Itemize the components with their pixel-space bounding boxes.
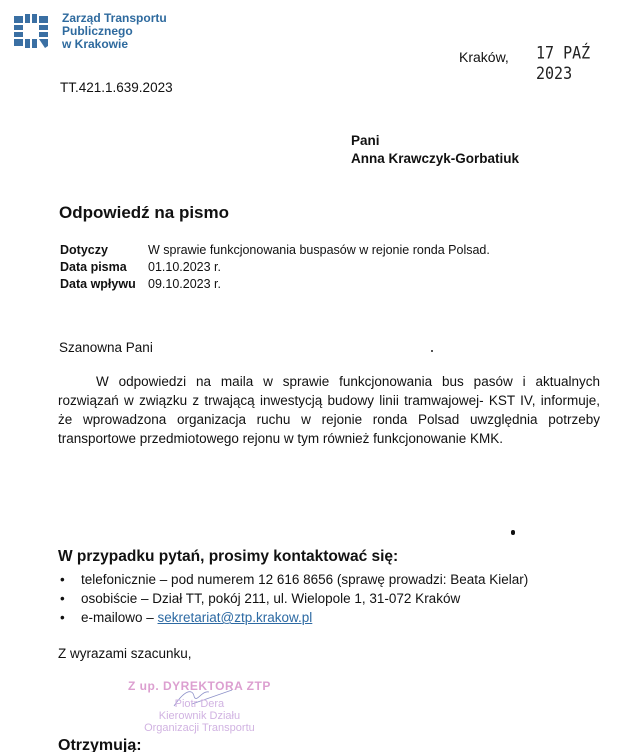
recipient-block: Pani Anna Krawczyk-Gorbatiuk: [351, 132, 519, 168]
closing: Z wyrazami szacunku,: [58, 646, 192, 661]
greeting: Szanowna Pani: [59, 340, 153, 355]
letter-body: W odpowiedzi na maila w sprawie funkcjon…: [58, 372, 600, 448]
recipients-heading: Otrzymują:: [58, 737, 142, 752]
organization-name: Zarząd Transportu Publicznego w Krakowie: [62, 12, 167, 51]
contact-list: telefonicznie – pod numerem 12 616 8656 …: [58, 570, 528, 627]
meta-row-subject: Dotyczy W sprawie funkcjonowania buspasó…: [60, 242, 490, 259]
signature-stamp: Z up. DYREKTORA ZTP Piotr Dera Kierownik…: [128, 680, 271, 734]
contact-heading: W przypadku pytań, prosimy kontaktować s…: [58, 548, 398, 566]
contact-phone: telefonicznie – pod numerem 12 616 8656 …: [58, 570, 528, 589]
document-meta: Dotyczy W sprawie funkcjonowania buspasó…: [60, 242, 490, 293]
recipient-name: Anna Krawczyk-Gorbatiuk: [351, 150, 519, 168]
meta-row-received-date: Data wpływu 09.10.2023 r.: [60, 276, 490, 293]
scan-speck: [511, 530, 515, 535]
reference-number: TT.421.1.639.2023: [60, 80, 173, 95]
email-link[interactable]: sekretariat@ztp.krakow.pl: [158, 610, 313, 625]
received-date-stamp: 17 PAŹ 2023: [536, 42, 617, 83]
city-label: Kraków,: [459, 49, 509, 65]
contact-email: e-mailowo – sekretariat@ztp.krakow.pl: [58, 608, 528, 627]
ztp-logo-icon: [14, 14, 48, 48]
recipient-salutation: Pani: [351, 132, 519, 150]
scan-speck: [431, 350, 433, 352]
contact-in-person: osobiście – Dział TT, pokój 211, ul. Wie…: [58, 589, 528, 608]
meta-row-letter-date: Data pisma 01.10.2023 r.: [60, 259, 490, 276]
document-title: Odpowiedź na pismo: [59, 203, 229, 223]
